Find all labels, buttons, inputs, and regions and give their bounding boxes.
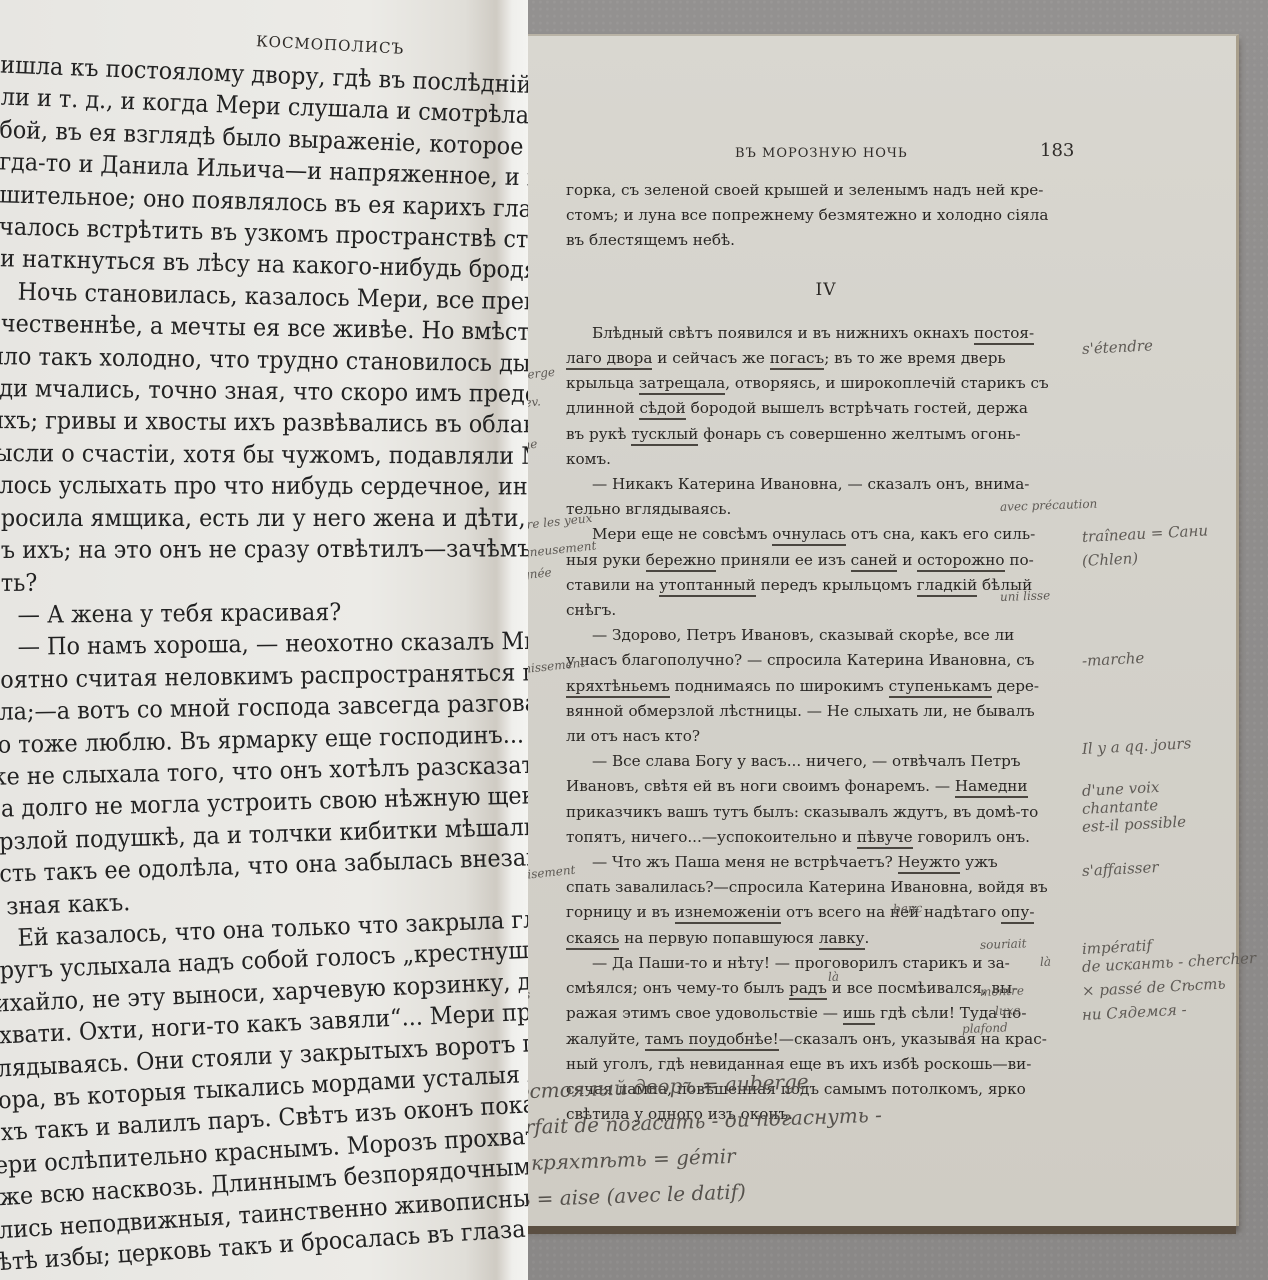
- text-segment: ставили на: [566, 576, 659, 594]
- underlined-word: тусклый: [631, 425, 698, 446]
- running-head-right: ВЪ МОРОЗНУЮ НОЧЬ: [735, 146, 908, 161]
- text-segment: — Что жъ Паша меня не встрѣчаетъ?: [592, 853, 898, 871]
- page-number: 183: [1040, 140, 1074, 161]
- text-segment: , отворяясь, и широкоплечій старикъ съ: [725, 374, 1048, 392]
- underlined-word: ишь: [843, 1004, 876, 1025]
- underlined-word: саней: [851, 551, 898, 572]
- text-line: комъ.: [566, 447, 1086, 472]
- text-line: длинной сѣдой бородой вышелъ встрѣчать г…: [566, 396, 1086, 421]
- text-segment: смѣялся; онъ чему-то былъ: [566, 979, 789, 997]
- text-segment: — Здорово, Петръ Ивановъ, сказывай скорѣ…: [592, 626, 1014, 644]
- text-segment: приказчикъ вашъ тутъ былъ: сказывалъ жду…: [566, 803, 1038, 821]
- underlined-word: тамъ поудобнѣе!: [645, 1030, 779, 1051]
- handwritten-note: luxe: [995, 1003, 1021, 1018]
- handwritten-note: banc: [893, 901, 923, 916]
- text-segment: спать завалилась?—спросила Катерина Иван…: [566, 878, 1048, 896]
- text-line: — Никакъ Катерина Ивановна, — сказалъ он…: [566, 472, 1086, 497]
- text-segment: приняли ее изъ: [716, 551, 851, 569]
- text-segment: на первую попавшуюся: [619, 929, 818, 947]
- text-segment: топятъ, ничего...—успокоительно и: [566, 828, 857, 846]
- text-line: ли отъ насъ кто?: [566, 724, 1086, 749]
- text-line: Мери еще не совсѣмъ очнулась отъ сна, ка…: [566, 522, 1086, 547]
- text-segment: — Да Паши-то и нѣту! — проговорилъ стари…: [592, 954, 1010, 972]
- text-line: горка, съ зеленой своей крышей и зеленым…: [566, 178, 1086, 203]
- underlined-word: пѣвуче: [857, 828, 913, 849]
- handwritten-note: uni lisse: [1000, 588, 1051, 604]
- underlined-word: ступенькамъ: [889, 677, 992, 698]
- text-segment: .: [865, 929, 870, 947]
- handwritten-note: souriait: [980, 936, 1027, 952]
- text-segment: въ рукѣ: [566, 425, 631, 443]
- text-segment: говорилъ онъ.: [913, 828, 1030, 846]
- text-segment: ужъ: [960, 853, 997, 871]
- text-line: ѣлось услыхать про что нибудь сердечное,…: [0, 469, 507, 503]
- text-line: вянной обмерзлой лѣстницы. — Не слыхать …: [566, 699, 1086, 724]
- text-line: просила ямщика, есть ли у него жена и дѣ…: [0, 502, 507, 534]
- underlined-word: утоптанный: [659, 576, 756, 597]
- chapter-number: IV: [566, 254, 1086, 321]
- handwritten-note: (Chlen): [1082, 549, 1139, 570]
- text-segment: поднимаясь по широкимъ: [670, 677, 889, 695]
- underlined-word: изнеможеніи: [675, 903, 782, 924]
- handwritten-note: -marche: [1082, 649, 1145, 670]
- text-segment: ражая этимъ свое удовольствіе —: [566, 1004, 843, 1022]
- text-segment: Блѣдный свѣтъ появился и въ нижнихъ окна…: [592, 324, 974, 342]
- underlined-word: затрещала: [639, 374, 725, 395]
- text-line: спать завалилась?—спросила Катерина Иван…: [566, 875, 1086, 900]
- text-segment: крыльца: [566, 374, 639, 392]
- handwritten-note: là: [1040, 955, 1051, 969]
- text-line: крыльца затрещала, отворяясь, и широкопл…: [566, 371, 1086, 396]
- underlined-word: сѣдой: [639, 399, 685, 420]
- underlined-word: радъ: [789, 979, 827, 1000]
- text-segment: у насъ благополучно? — спросила Катерина…: [566, 651, 1034, 669]
- text-segment: ли отъ насъ кто?: [566, 727, 700, 745]
- text-segment: и сейчасъ же: [652, 349, 769, 367]
- text-segment: жалуйте,: [566, 1030, 645, 1048]
- underlined-word: гладкій: [917, 576, 977, 597]
- underlined-word: кряхтѣньемъ: [566, 677, 670, 698]
- text-line: Ивановъ, свѣтя ей въ ноги своимъ фонарем…: [566, 774, 1086, 799]
- underlined-word: скаясь: [566, 929, 619, 950]
- text-line: приказчикъ вашъ тутъ былъ: сказывалъ жду…: [566, 800, 1086, 825]
- underlined-word: погасъ: [770, 349, 824, 370]
- text-line: у насъ благополучно? — спросила Катерина…: [566, 648, 1086, 673]
- handwritten-note: s'étendre: [1082, 336, 1154, 358]
- underlined-word: очнулась: [772, 525, 846, 546]
- underlined-word: Намедни: [955, 777, 1028, 798]
- text-segment: вянной обмерзлой лѣстницы. — Не слыхать …: [566, 702, 1035, 720]
- text-line: топятъ, ничего...—успокоительно и пѣвуче…: [566, 825, 1086, 850]
- text-line: кряхтѣньемъ поднимаясь по широкимъ ступе…: [566, 674, 1086, 699]
- text-line: ить?: [0, 564, 507, 599]
- text-segment: Ивановъ, свѣтя ей въ ноги своимъ фонарем…: [566, 777, 955, 795]
- text-line: — Что жъ Паша меня не встрѣчаетъ? Неужто…: [566, 850, 1086, 875]
- text-line: Блѣдный свѣтъ появился и въ нижнихъ окна…: [566, 321, 1086, 346]
- underlined-word: лавку: [819, 929, 865, 950]
- right-page: ВЪ МОРОЗНУЮ НОЧЬ 183 горка, съ зеленой с…: [500, 34, 1239, 1226]
- underlined-word: Неужто: [898, 853, 961, 874]
- text-segment: дере-: [992, 677, 1039, 695]
- text-segment: по-: [1005, 551, 1034, 569]
- left-page-text: ришла къ постоялому двору, гдѣ въ послѣд…: [0, 48, 546, 1279]
- text-segment: ; въ то же время дверь: [824, 349, 1006, 367]
- text-line: — Здорово, Петръ Ивановъ, сказывай скорѣ…: [566, 623, 1086, 648]
- text-line: ыхъ; гривы и хвосты ихъ развѣвались въ о…: [0, 404, 507, 441]
- underlined-word: осторожно: [917, 551, 1004, 572]
- text-segment: длинной: [566, 399, 639, 417]
- handwritten-note: montre: [980, 983, 1024, 999]
- text-segment: отъ сна, какъ его силь-: [846, 525, 1035, 543]
- text-line: — Да Паши-то и нѣту! — проговорилъ стари…: [566, 951, 1086, 976]
- handwritten-note: là: [828, 970, 839, 984]
- text-segment: комъ.: [566, 450, 611, 468]
- text-segment: отъ всего на ней надѣтаго: [781, 903, 1001, 921]
- text-segment: бородой вышелъ встрѣчать гостей, держа: [686, 399, 1028, 417]
- text-segment: снѣгъ.: [566, 601, 616, 619]
- handwritten-note: plafond: [962, 1020, 1008, 1036]
- text-segment: горницу и въ: [566, 903, 675, 921]
- text-line: — Все слава Богу у васъ... ничего, — отв…: [566, 749, 1086, 774]
- left-page: КОСМОПОЛИСЪ ришла къ постоялому двору, г…: [0, 0, 528, 1280]
- underlined-word: опу-: [1001, 903, 1034, 924]
- text-line: лаго двора и сейчасъ же погасъ; въ то же…: [566, 346, 1086, 371]
- text-line: стомъ; и луна все попрежнему безмятежно …: [566, 203, 1086, 228]
- text-segment: и: [897, 551, 917, 569]
- text-line: въ рукѣ тусклый фонарь съ совершенно жел…: [566, 422, 1086, 447]
- text-segment: передъ крыльцомъ: [756, 576, 917, 594]
- text-line: Іысли о счастіи, хотя бы чужомъ, подавля…: [0, 437, 507, 472]
- text-line: горницу и въ изнеможеніи отъ всего на не…: [566, 900, 1086, 925]
- text-segment: фонарь съ совершенно желтымъ огонь-: [698, 425, 1020, 443]
- text-line: ныя руки бережно приняли ее изъ саней и …: [566, 548, 1086, 573]
- underlined-word: постоя-: [974, 324, 1034, 345]
- text-segment: — Все слава Богу у васъ... ничего, — отв…: [592, 752, 1021, 770]
- text-segment: Мери еще не совсѣмъ: [592, 525, 772, 543]
- text-line: нъ ихъ; на это онъ не сразу отвѣтилъ—зач…: [0, 533, 507, 567]
- text-line: ный уголъ, гдѣ невиданная еще въ ихъ изб…: [566, 1052, 1086, 1077]
- underlined-word: бережно: [646, 551, 716, 572]
- text-line: въ блестящемъ небѣ.: [566, 228, 1086, 253]
- text-segment: — Никакъ Катерина Ивановна, — сказалъ он…: [592, 475, 1029, 493]
- underlined-word: лаго двора: [566, 349, 652, 370]
